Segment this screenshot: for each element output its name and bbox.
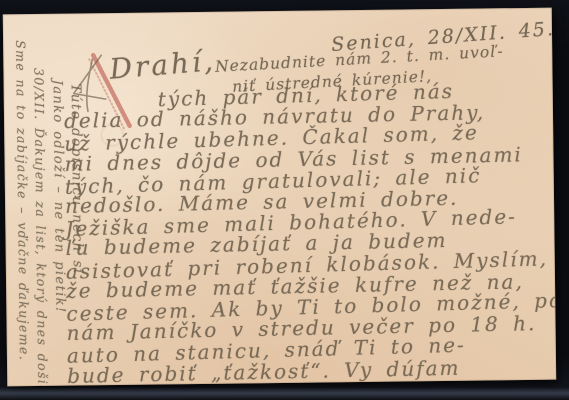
margin-note-line: 30/XII. Ďakujem za list, ktorý dnes doši… [31, 68, 50, 387]
scan-bottom-band [0, 387, 569, 400]
margin-note-line: Sme na to zabíjačke – vďačne ďakujeme. [13, 40, 32, 361]
letter-body: tých pár dní, ktoré nás delia od nášho n… [64, 81, 557, 384]
margin-note-line: Janko odloží – ne ten pietik! [50, 80, 68, 314]
postcard: Senica, 28/XII. 45. Drahí, Nezabudnite n… [3, 8, 557, 387]
margin-note-line: Túto dopisnicu nech si [68, 83, 86, 274]
